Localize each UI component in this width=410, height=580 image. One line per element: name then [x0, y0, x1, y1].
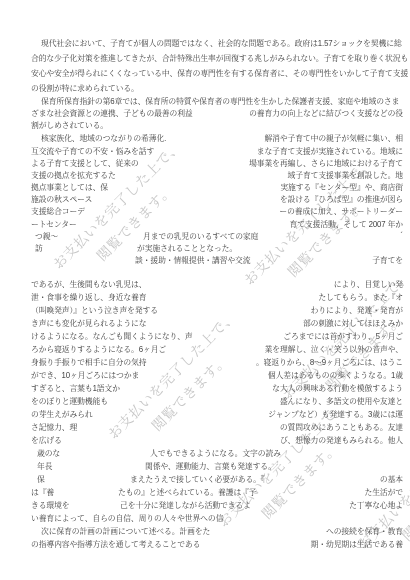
text-fragment: たしてもらう。また『オ: [318, 292, 403, 303]
text-fragment: 期・幼児期は生活である養: [311, 539, 403, 550]
text-fragment: 現代社会において、子育てが個人の問題ではなく、社会的な問題である。政府は1.57…: [41, 38, 402, 49]
text-fragment: けるようになる。なんごも聞くようになり、声: [31, 331, 193, 342]
text-line: 保まえたうえで接していく必要がある。『の基本: [31, 474, 403, 486]
text-fragment: 次に保育の計画の計画について述べる。計画をた: [41, 526, 210, 537]
text-fragment: まな子育て支援が実施されている。地域に: [257, 146, 403, 157]
text-fragment: ートセンター: [31, 219, 77, 230]
text-line: 核家族化、地域のつながりの希薄化.解消や子育て中の親子が気軽に集い、相: [31, 133, 403, 145]
text-line: 支援の拠点を拡充するた域子育て支援事業を創設した。地: [31, 170, 403, 182]
text-fragment: 核家族化、地域のつながりの希薄化.: [41, 133, 166, 144]
text-line: い養育によって、自らの自信、周りの人々や世界への信: [31, 513, 403, 525]
text-fragment: 施設の秋スペース: [31, 194, 92, 205]
text-fragment: 盛んになり、多語文の使用や友達と: [280, 396, 403, 407]
text-line: 年長関係や、運動能力、言葉も発達する。: [31, 461, 403, 473]
text-line: 合的な少子化対策を推進してきたが、合計特殊出生率が回復する兆しがみられない。子育…: [31, 53, 403, 65]
text-fragment: 歳のな: [37, 448, 60, 459]
text-fragment: ーの養成に加え、サポートリーダー: [279, 206, 403, 217]
text-line: ができ、10ヶ月ごろにはつかま個人差はあるものの歩くようなる。1歳: [31, 370, 403, 382]
text-line: 安心や安全が得られにくくなっている中、保育の専門性を有する保育者に、その専門性を…: [31, 68, 403, 80]
text-line: つ親～月までの乳児のいるすべての家庭´: [31, 231, 403, 243]
text-fragment: 支援総合コーデ: [31, 206, 85, 217]
text-fragment: ジャンプなど）も発達する。3歳には運: [268, 409, 403, 420]
text-fragment: をのぼりと運動機能も: [31, 396, 108, 407]
text-fragment: び、想像力の発達もみられる。他人: [280, 435, 403, 446]
text-line: 歳のな人でもできるようになる。文字の読み: [31, 448, 403, 460]
text-fragment: 互交流や子育ての不安・悩みを話す: [31, 146, 154, 157]
text-fragment: 個人差はあるものの歩くようなる。1歳: [268, 370, 403, 381]
text-fragment: つ親～: [35, 231, 58, 242]
text-fragment: すぎると、言葉も1語文か: [31, 383, 120, 394]
text-line: は『養たもの』と述べられている。養護は『子た生活がで: [31, 487, 403, 499]
text-fragment: を設ける『ひろば型』の推進が図ら: [280, 194, 403, 205]
text-fragment: ろから寝返りするようになる。6ヶ月ご: [31, 344, 166, 355]
text-fragment: 身振り手振りで相手に自分の気持: [31, 357, 146, 368]
text-fragment: さ記憶力、理: [31, 422, 77, 433]
text-fragment: 談・援助・情報提供・講習や交流: [135, 255, 250, 266]
document-text-layer: 現代社会において、子育てが個人の問題ではなく、社会的な問題である。政府は1.57…: [0, 0, 410, 580]
text-line: 施設の秋スペースを設ける『ひろば型』の推進が図ら: [31, 194, 403, 206]
text-fragment: 。寝返りから、8～9ヶ月ごろには、はうこ: [256, 357, 403, 368]
text-line: き声にも変化が見られるようにな部の刺激に対してほほえみか: [31, 318, 403, 330]
text-fragment: 子育てを: [372, 255, 403, 266]
text-fragment: まえたうえで接していく必要がある。『: [130, 474, 265, 485]
text-fragment: きる環境を: [31, 500, 69, 511]
text-line: 支援総合コーデーの養成に加え、サポートリーダー: [31, 206, 403, 218]
text-fragment: 月までの乳児のいるすべての家庭: [143, 231, 258, 242]
text-fragment: わりにより、発達・発育が: [311, 305, 403, 316]
text-line: 身振り手振りで相手に自分の気持。寝返りから、8～9ヶ月ごろには、はうこ: [31, 357, 403, 369]
text-fragment: は『養: [31, 487, 54, 498]
text-fragment: 訪: [35, 243, 43, 254]
text-fragment: たもの』と述べられている。養護は『子: [118, 487, 257, 498]
text-fragment: の役割が特に求められている。: [31, 83, 139, 94]
text-fragment: 実施する『センター型』や、商店街: [280, 182, 403, 193]
text-fragment: 関係や、運動能力、言葉も発達する。: [145, 461, 276, 472]
text-fragment: た生活がで: [365, 487, 403, 498]
text-line: 談・援助・情報提供・講習や交流子育てを: [31, 255, 403, 267]
text-fragment: の芽生えがみられ: [31, 409, 93, 420]
text-fragment: 場事業を再編し、さらに地域における子育て: [249, 158, 403, 169]
text-fragment: 人でもできるようになる。文字の読み: [150, 448, 281, 459]
text-fragment: ´: [401, 231, 404, 240]
text-fragment: 安心や安全が得られにくくなっている中、保育の専門性を有する保育者に、その専門性を…: [31, 68, 408, 79]
text-fragment: な大人の興味ある行動を模倣するよう: [272, 383, 403, 394]
text-fragment: （叫喚発声）』という泣き声を発する: [31, 305, 158, 316]
text-fragment: た丁寧な心地よ: [349, 500, 403, 511]
text-fragment: 合的な少子化対策を推進してきたが、合計特殊出生率が回復する兆しがみられない。子育…: [31, 53, 408, 64]
text-fragment: であるが、生後間もない乳児は、: [31, 279, 146, 290]
text-fragment: 支援の拠点を拡充するた: [31, 170, 116, 181]
text-line: 次に保育の計画の計画について述べる。計画をたへの接続を保育・教育: [31, 526, 403, 538]
text-line: 泄・食事を繰り返し、身近な養育たしてもらう。また『オ: [31, 292, 403, 304]
text-fragment: により、目覚しい発: [334, 279, 403, 290]
text-fragment: ざまな社会資源との連携、子どもの最善の利益: [31, 108, 193, 119]
text-line: 保育所保育指針の第6章では、保育所の特質や保育者の専門性を生かした保護者支援、家…: [31, 96, 403, 108]
text-line: であるが、生後間もない乳児は、により、目覚しい発: [31, 279, 403, 291]
text-line: ざまな社会資源との連携、子どもの最善の利益の養育力の向上などに結びつく支援などの…: [31, 108, 403, 120]
text-fragment: 年長: [37, 461, 52, 472]
text-fragment: が実施されることとなった。: [137, 243, 237, 254]
scanned-document-page: お支払いを完了した上で、閲覧できます。お支払いを完了した上で、閲覧できます。お支…: [0, 0, 410, 580]
text-line: （叫喚発声）』という泣き声を発するわりにより、発達・発育が: [31, 305, 403, 317]
text-line: を広げるび、想像力の発達もみられる。他人: [31, 435, 403, 447]
text-fragment: 割がしめされている。: [31, 120, 108, 131]
text-fragment: よる子育て支援として、従来の: [31, 158, 139, 169]
text-fragment: い養育によって、自らの自信、周りの人々や世界への信: [31, 513, 223, 524]
text-line: の役割が特に求められている。: [31, 83, 403, 95]
text-fragment: 域子育て支援事業を創設した。地: [288, 170, 403, 181]
text-line: さ記憶力、理の質問攻めにあうこともある。友達: [31, 422, 403, 434]
text-line: すぎると、言葉も1語文かな大人の興味ある行動を模倣するよう: [31, 383, 403, 395]
text-line: ろから寝返りするようになる。6ヶ月ご業を理解し、泣く・笑う以外の音声や、: [31, 344, 403, 356]
text-fragment: 保: [37, 474, 45, 485]
text-fragment: 業を理解し、泣く・笑う以外の音声や、: [265, 344, 403, 355]
text-fragment: 解消や子育て中の親子が気軽に集い、相: [264, 133, 403, 144]
text-line: の芽生えがみられジャンプなど）も発達する。3歳には運: [31, 409, 403, 421]
text-line: ートセンター育て支援活動、そして 2007 年か: [31, 219, 403, 231]
text-fragment: 泄・食事を繰り返し、身近な養育: [31, 292, 146, 303]
text-fragment: の指導内容や指導方法を通して考えることである: [31, 539, 200, 550]
text-fragment: ごろまでには首がすわり、5ヶ月ご: [283, 331, 403, 342]
text-fragment: の養育力の向上などに結びつく支援などの役: [249, 108, 403, 119]
text-fragment: 育て支援活動、そして 2007 年か: [290, 219, 403, 230]
text-line: けるようになる。なんごも聞くようになり、声ごろまでには首がすわり、5ヶ月ご: [31, 331, 403, 343]
text-line: 割がしめされている。: [31, 120, 403, 132]
text-fragment: き声にも変化が見られるようにな: [31, 318, 146, 329]
text-fragment: の質問攻めにあうこともある。友達: [280, 422, 403, 433]
text-fragment: 部の刺激に対してほほえみか: [303, 318, 403, 329]
text-line: 訪が実施されることとなった。: [31, 243, 403, 255]
text-fragment: への接続を保育・教育: [326, 526, 403, 537]
text-fragment: の基本: [380, 474, 403, 485]
text-fragment: 己を十分に発達しながら活動できるよ: [120, 500, 251, 511]
text-line: よる子育て支援として、従来の場事業を再編し、さらに地域における子育て: [31, 158, 403, 170]
text-fragment: を広げる: [31, 435, 62, 446]
text-fragment: ができ、10ヶ月ごろにはつかま: [31, 370, 139, 381]
text-fragment: 拠点事業としては、保: [31, 182, 108, 193]
text-line: の指導内容や指導方法を通して考えることである期・幼児期は生活である養: [31, 539, 403, 551]
text-fragment: 保育所保育指針の第6章では、保育所の特質や保育者の専門性を生かした保護者支援、家…: [41, 96, 399, 107]
text-line: 拠点事業としては、保実施する『センター型』や、商店街: [31, 182, 403, 194]
text-line: きる環境を己を十分に発達しながら活動できるよた丁寧な心地よ: [31, 500, 403, 512]
text-line: 現代社会において、子育てが個人の問題ではなく、社会的な問題である。政府は1.57…: [31, 38, 403, 50]
text-line: をのぼりと運動機能も盛んになり、多語文の使用や友達と: [31, 396, 403, 408]
text-line: 互交流や子育ての不安・悩みを話すまな子育て支援が実施されている。地域に: [31, 146, 403, 158]
